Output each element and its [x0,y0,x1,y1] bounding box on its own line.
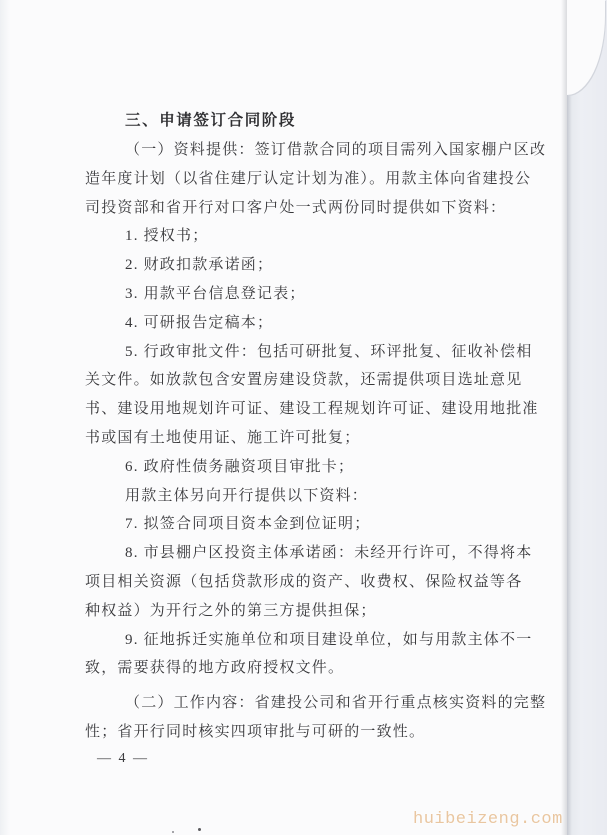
text-line: 致，需要获得的地方政府授权文件。 [85,654,543,683]
text-line: 5. 行政审批文件：包括可研批复、环评批复、征收补偿相 [85,338,543,367]
text-line: 造年度计划（以省住建厅认定计划为准）。用款主体向省建投公 [85,165,543,194]
scan-speck [198,828,201,831]
page-number: — 4 — [97,751,149,767]
text-line: 关文件。如放款包含安置房建设贷款，还需提供项目选址意见 [85,366,543,395]
scanned-document-page: 三、申请签订合同阶段 （一）资料提供：签订借款合同的项目需列入国家棚户区改造年度… [0,0,607,835]
text-line: 1. 授权书； [85,222,543,251]
page-left-edge-shade [0,0,10,835]
text-line: 6. 政府性债务融资项目审批卡； [85,453,543,482]
text-line: 书、建设用地规划许可证、建设工程规划许可证、建设用地批准 [85,395,543,424]
text-line: 8. 市县棚户区投资主体承诺函：未经开行许可，不得将本 [85,539,543,568]
text-line: 用款主体另向开行提供以下资料： [85,482,543,511]
text-line: 2. 财政扣款承诺函； [85,251,543,280]
text-line: 项目相关资源（包括贷款形成的资产、收费权、保险权益等各 [85,568,543,597]
text-line: 7. 拟签合同项目资本金到位证明； [85,510,543,539]
page-edge-shadow [567,0,607,835]
paragraph-lines: （一）资料提供：签订借款合同的项目需列入国家棚户区改造年度计划（以省住建厅认定计… [85,136,543,747]
text-line: （一）资料提供：签订借款合同的项目需列入国家棚户区改 [85,136,543,165]
scan-speck [172,831,174,833]
text-line: 性；省开行同时核实四项审批与可研的一致性。 [85,718,543,747]
text-line: 书或国有土地使用证、施工许可批复； [85,424,543,453]
text-line: 4. 可研报告定稿本； [85,309,543,338]
document-body: 三、申请签订合同阶段 （一）资料提供：签订借款合同的项目需列入国家棚户区改造年度… [85,106,543,747]
section-heading: 三、申请签订合同阶段 [85,106,543,136]
text-line: 3. 用款平台信息登记表； [85,280,543,309]
text-line: （二）工作内容：省建投公司和省开行重点核实资料的完整 [85,689,543,718]
text-line: 司投资部和省开行对口客户处一式两份同时提供如下资料： [85,194,543,223]
text-line: 种权益）为开行之外的第三方提供担保； [85,597,543,626]
text-line: 9. 征地拆迁实施单位和项目建设单位，如与用款主体不一 [85,626,543,655]
site-watermark: huibeizeng.com [413,810,607,829]
